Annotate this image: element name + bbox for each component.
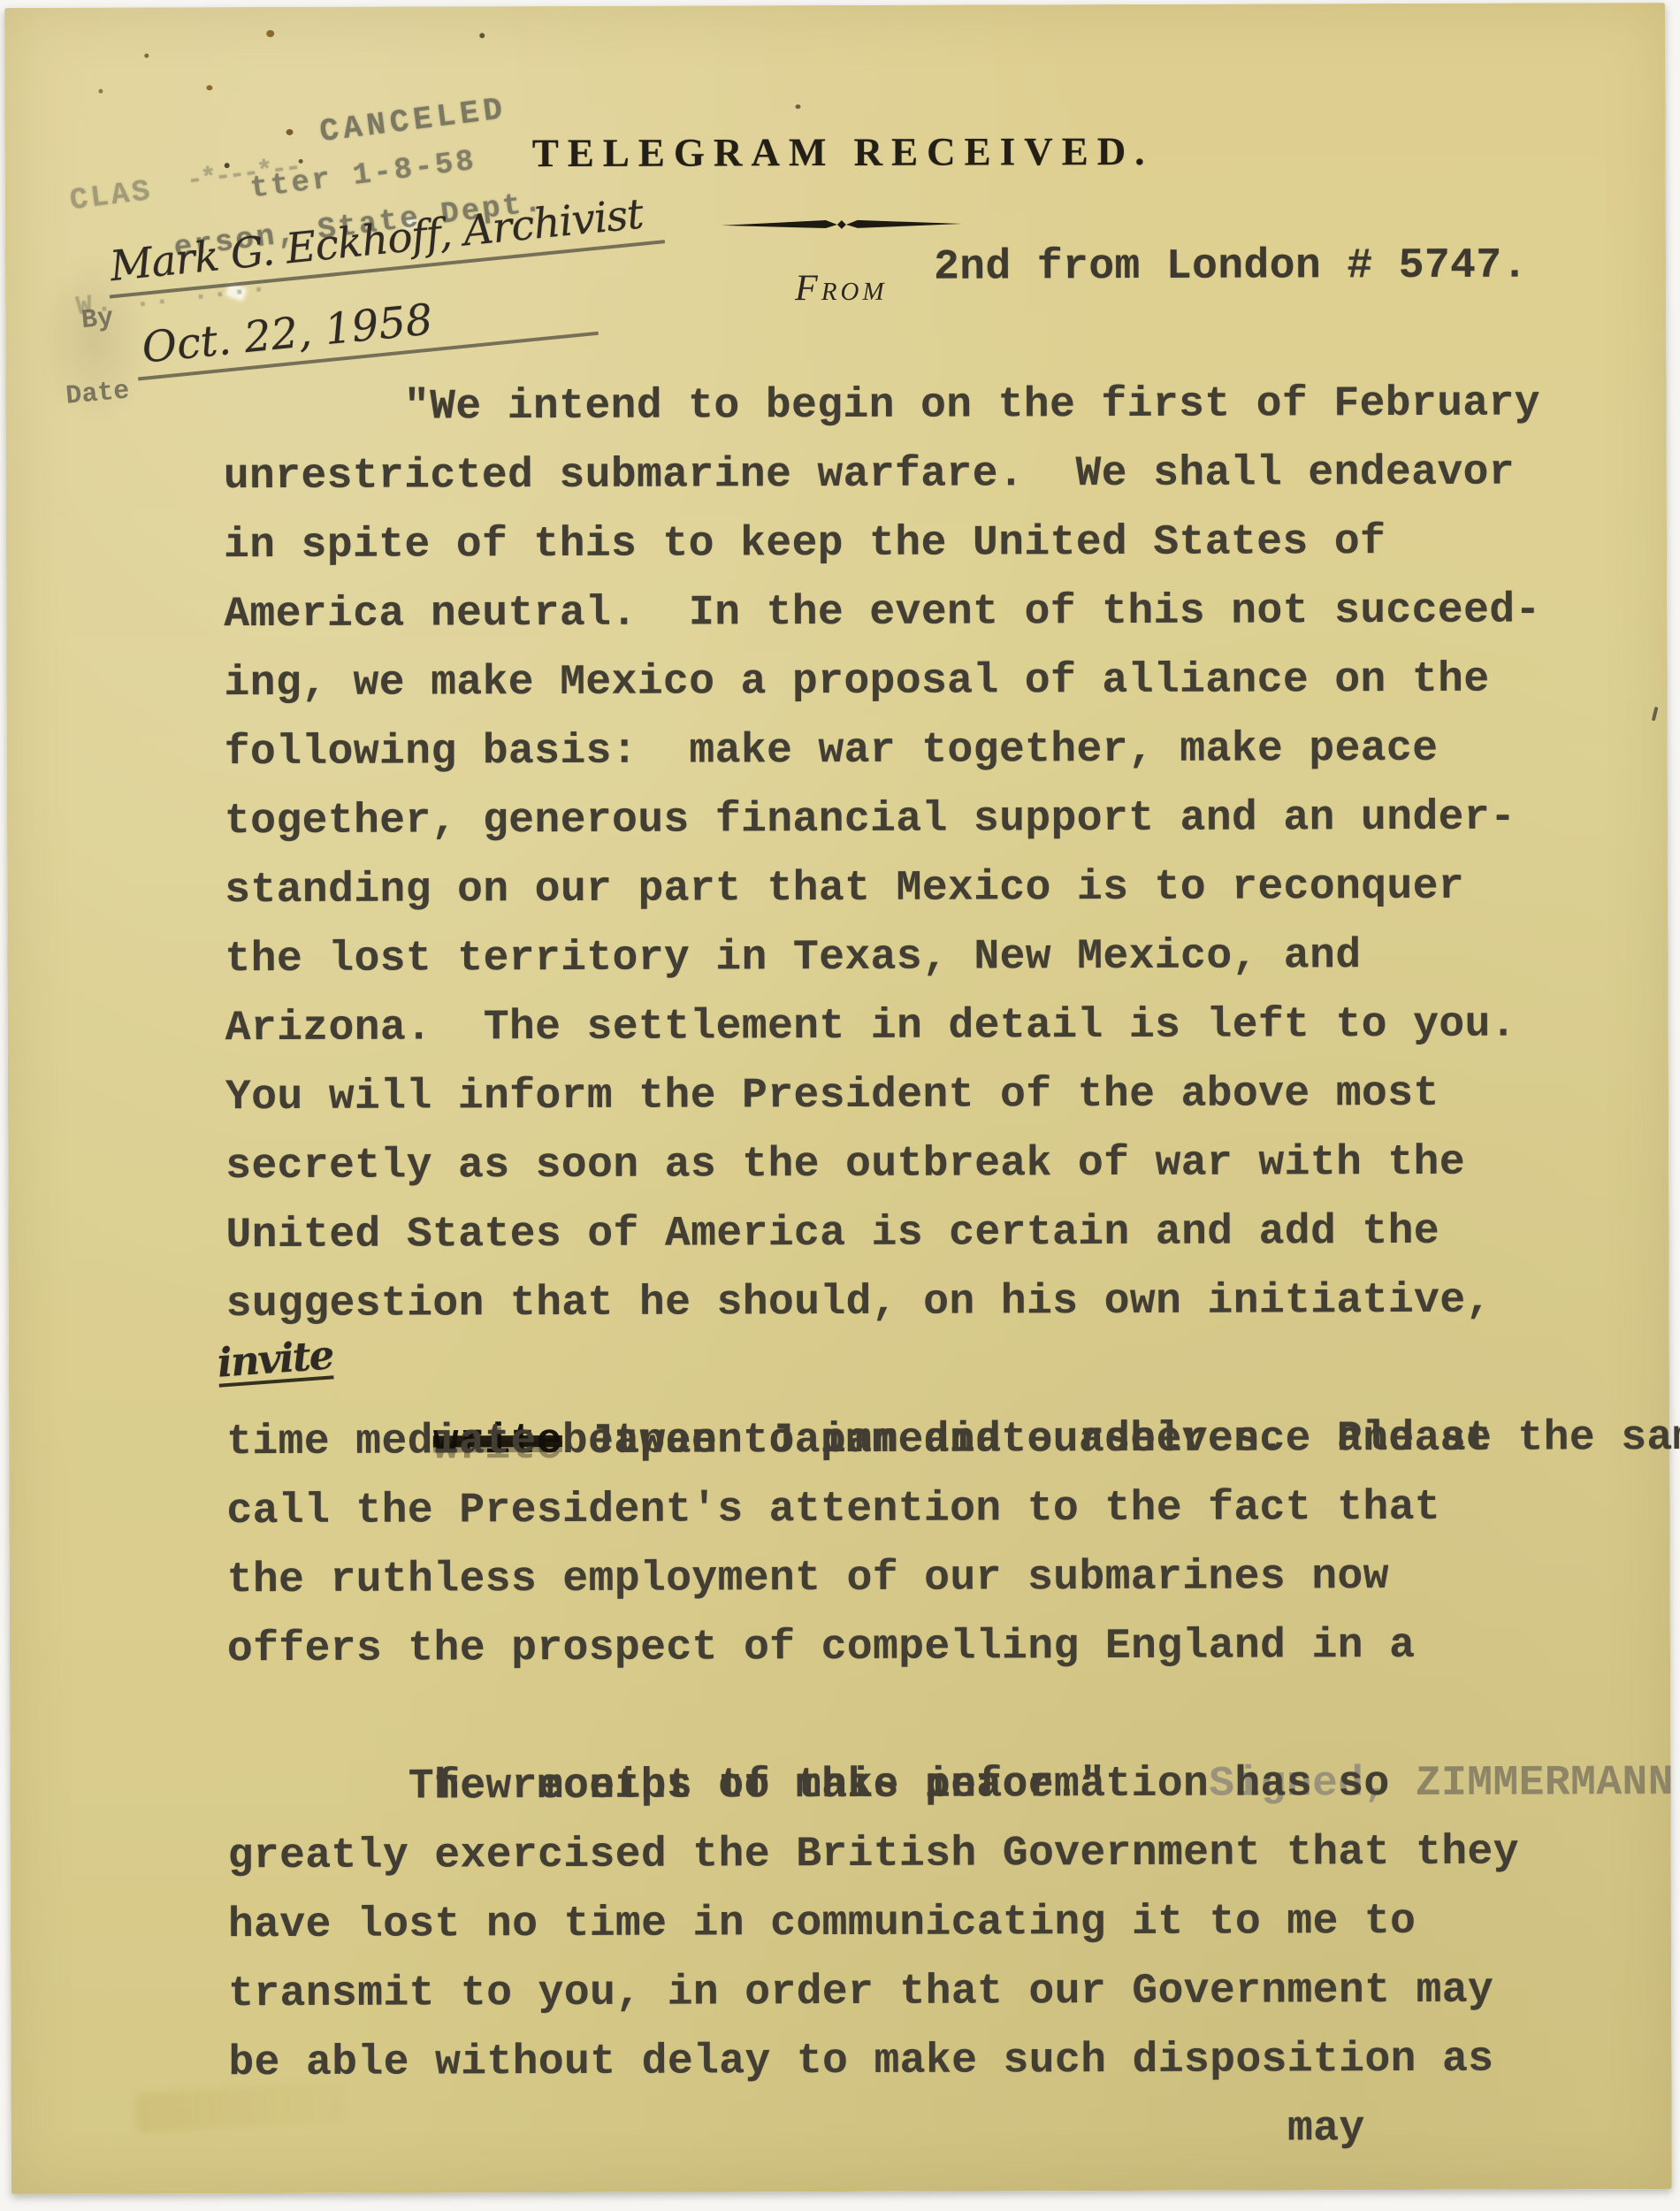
telegram-line: may	[229, 2094, 1520, 2168]
telegram-line: have lost no time in communicating it to…	[228, 1887, 1519, 1961]
scanned-telegram-page: TELEGRAM RECEIVED. From 2nd from London …	[0, 0, 1680, 2211]
telegram-line: call the President's attention to the fa…	[226, 1473, 1492, 1546]
telegram-line: The receipt of this information has so	[227, 1749, 1518, 1823]
telegram-line: ing, we make Mexico a proposal of allian…	[224, 646, 1541, 719]
telegram-line: "We intend to begin on the first of Febr…	[223, 370, 1540, 443]
telegram-line: following basis: make war together, make…	[225, 715, 1542, 788]
telegram-line: transmit to you, in order that our Gover…	[228, 1956, 1519, 2030]
telegram-line: unrestricted submarine warfare. We shall…	[224, 439, 1541, 512]
paper-speck	[144, 53, 149, 57]
telegram-line: the ruthless employment of our submarine…	[227, 1542, 1493, 1615]
paper-speck	[479, 33, 485, 38]
from-value: 2nd from London # 5747.	[934, 242, 1528, 292]
classification-stamp: CLAS	[68, 175, 155, 218]
paper-speck	[98, 89, 103, 94]
telegram-line: secretly as soon as the outbreak of war …	[225, 1128, 1543, 1201]
telegram-line: You will inform the President of the abo…	[225, 1059, 1543, 1132]
telegram-paragraph2: The receipt of this information has sogr…	[227, 1749, 1520, 2168]
telegram-line: suggestion that he should, on his own in…	[226, 1266, 1544, 1339]
form-title: TELEGRAM RECEIVED.	[514, 128, 1172, 176]
telegram-line: the lost territory in Texas, New Mexico,…	[225, 921, 1542, 994]
paper-speck	[795, 104, 800, 109]
telegram-line: standing on our part that Mexico is to r…	[225, 852, 1542, 925]
edge-pen-mark	[1652, 707, 1659, 721]
ornamental-divider	[722, 216, 962, 239]
telegram-line: be able without delay to make such dispo…	[228, 2025, 1519, 2099]
telegram-line: United States of America is certain and …	[225, 1197, 1543, 1270]
telegram-line: together, generous financial support and…	[225, 783, 1542, 856]
telegram-edited-line: invitewrite Japan to immediate adherence…	[226, 1335, 1680, 1408]
from-label: From	[795, 267, 888, 310]
paper-speck	[266, 30, 274, 37]
paper-speck	[206, 85, 212, 90]
telegram-line: greatly exercised the British Government…	[228, 1818, 1519, 1892]
canceled-stamp: CANCELED	[317, 91, 508, 150]
telegram-line: in spite of this to keep the United Stat…	[224, 508, 1541, 581]
telegram-closing-line: few months to make peace." Signed, ZIMME…	[227, 1679, 1680, 1753]
handwritten-correction: invite	[216, 1335, 334, 1387]
telegram-paragraph1-bottom: time mediate between Japan and ourselves…	[226, 1404, 1493, 1684]
date-label: Date	[65, 376, 131, 411]
telegram-line: offers the prospect of compelling Englan…	[227, 1611, 1493, 1684]
paper-sheet: TELEGRAM RECEIVED. From 2nd from London …	[4, 3, 1672, 2194]
telegram-line: America neutral. In the event of this no…	[224, 577, 1541, 650]
telegram-line: Arizona. The settlement in detail is lef…	[225, 990, 1543, 1063]
by-label: By	[80, 303, 115, 336]
telegram-line: time mediate between Japan and ourselves…	[226, 1404, 1492, 1477]
telegram-paragraph1-top: "We intend to begin on the first of Febr…	[223, 370, 1543, 1340]
